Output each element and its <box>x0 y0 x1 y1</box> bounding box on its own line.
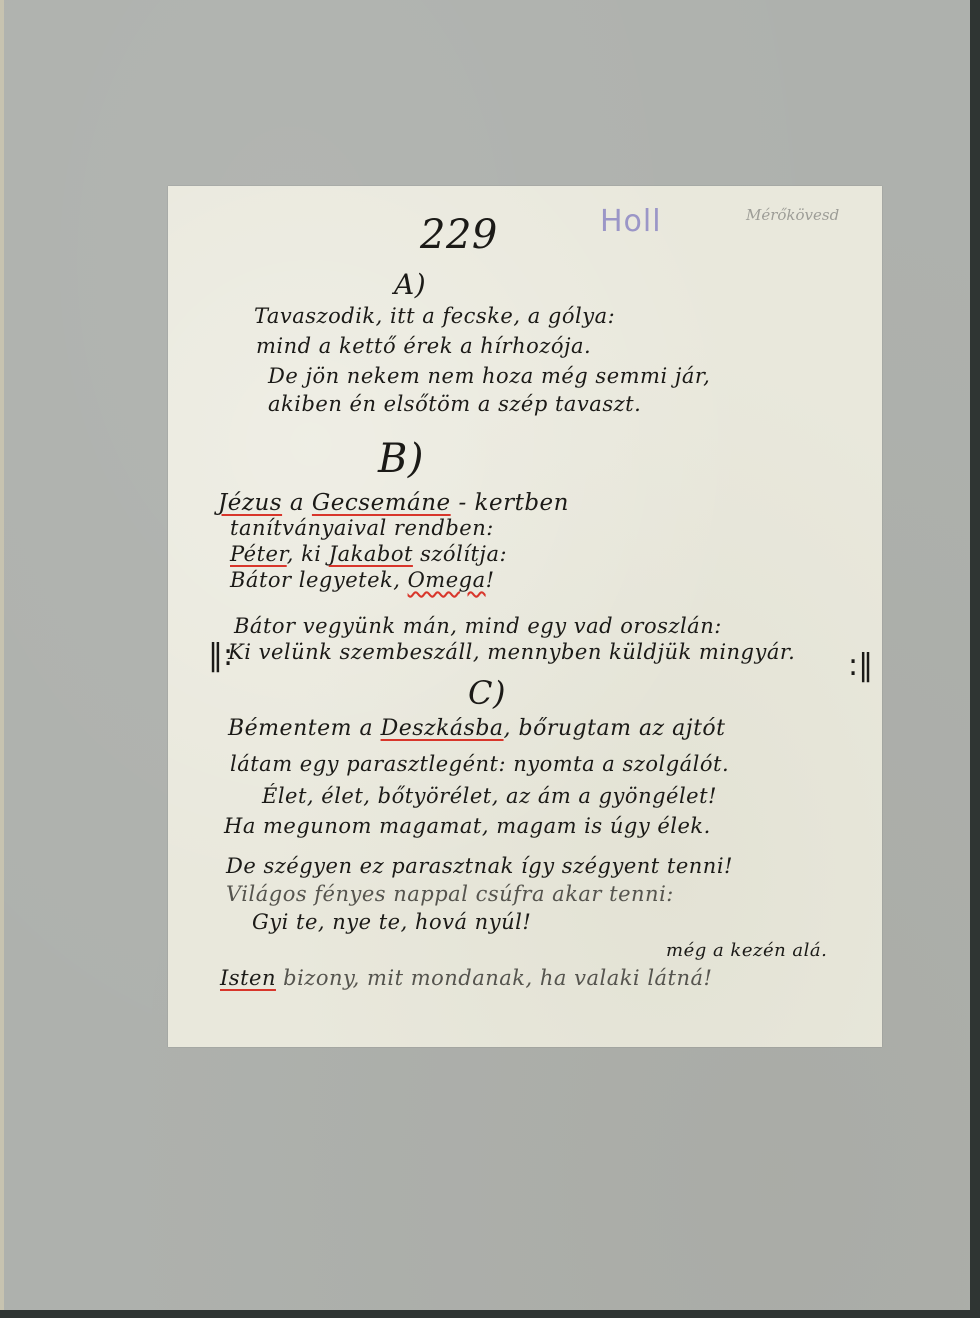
repeat-open-mark: ‖: <box>208 638 233 673</box>
section-b-line: tanítványaival rendben: <box>230 516 494 540</box>
section-c-line: látam egy parasztlegént: nyomta a szolgá… <box>230 752 729 776</box>
mount-board: 229 Holl Mérőkövesd A) Tavaszodik, itt a… <box>0 0 970 1310</box>
page-number: 229 <box>420 212 498 258</box>
section-c-line: Élet, élet, bőtyörélet, az ám a gyöngéle… <box>262 784 717 808</box>
section-c-line: Ha megunom magamat, magam is úgy élek. <box>224 814 711 838</box>
section-c-label: C) <box>468 674 506 712</box>
repeat-close-mark: :‖ <box>848 648 873 683</box>
section-c-line: Isten bizony, mit mondanak, ha valaki lá… <box>220 966 713 990</box>
underlined-word: Jakabot <box>329 542 413 566</box>
section-c-line: Bémentem a Deszkásba, bőrugtam az ajtót <box>228 716 726 741</box>
underlined-word: Isten <box>220 966 276 990</box>
section-a-line: mind a kettő érek a hírhozója. <box>256 334 591 358</box>
section-a-line: akiben én elsőtöm a szép tavaszt. <box>268 392 641 416</box>
refrain-line: Bátor vegyünk mán, mind egy vad oroszlán… <box>234 614 722 638</box>
grey-pencil-annotation: Mérőkövesd <box>746 206 839 224</box>
mount-edge <box>0 0 4 1310</box>
section-b-line: Péter, ki Jakabot szólítja: <box>230 542 507 566</box>
underlined-word: Jézus <box>218 490 282 516</box>
purple-pencil-annotation: Holl <box>600 204 662 239</box>
section-b-label: B) <box>378 436 424 482</box>
manuscript-page: 229 Holl Mérőkövesd A) Tavaszodik, itt a… <box>168 186 882 1047</box>
section-c-line: Gyi te, nye te, hová nyúl! <box>252 910 531 934</box>
section-c-insertion: még a kezén alá. <box>666 940 827 961</box>
section-b-line: Bátor legyetek, Omega! <box>230 568 495 592</box>
section-a-line: Tavaszodik, itt a fecske, a gólya: <box>254 304 615 328</box>
section-c-line: De szégyen ez parasztnak így szégyent te… <box>226 854 733 878</box>
underlined-word: Péter <box>230 542 287 566</box>
wavy-underlined-word: Omega <box>408 568 486 592</box>
section-b-line: Jézus a Gecsemáne - kertben <box>218 490 569 516</box>
underlined-word: Gecsemáne <box>312 490 451 516</box>
refrain-line: Ki velünk szembeszáll, mennyben küldjük … <box>228 640 795 664</box>
section-a-label: A) <box>394 268 426 301</box>
section-c-line: Világos fényes nappal csúfra akar tenni: <box>226 882 674 906</box>
section-a-line: De jön nekem nem hoza még semmi jár, <box>268 364 710 388</box>
underlined-word: Deszkásba <box>381 716 504 741</box>
